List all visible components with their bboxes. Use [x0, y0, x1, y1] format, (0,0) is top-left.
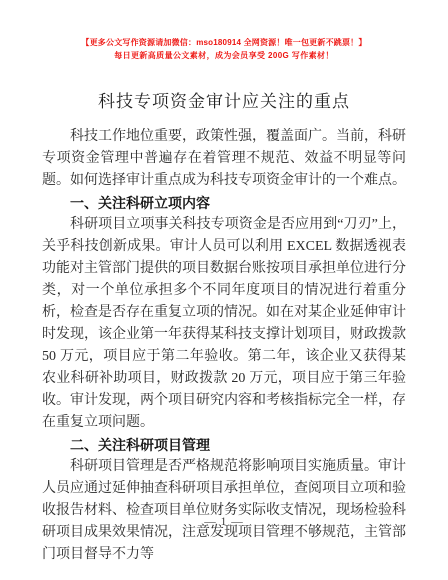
promo-banner-line-1: 【更多公文写作资源请加微信：mso180914 全网资源！唯一包更新不跳票！】 [0, 36, 448, 49]
section-heading: 二、关注科研项目管理 [42, 434, 406, 456]
document-body: 科技工作地位重要，政策性强，覆盖面广。当前，科研专项资金管理中普遍存在着管理不规… [42, 126, 406, 566]
document-page: 【更多公文写作资源请加微信：mso180914 全网资源！唯一包更新不跳票！】 … [0, 0, 448, 580]
body-paragraph: 科研项目立项事关科技专项资金是否应用到“刀刃”上，关乎科技创新成果。审计人员可以… [42, 214, 406, 434]
section-heading: 一、关注科研立项内容 [42, 192, 406, 214]
promo-banner-line-2: 每日更新高质量公文素材，成为会员享受 200G 写作素材！ [0, 49, 448, 62]
page-number: — 1 — [0, 516, 448, 528]
document-title: 科技专项资金审计应关注的重点 [0, 89, 448, 115]
body-paragraph: 科研项目管理是否严格规范将影响项目实施质量。审计人员应通过延伸抽查科研项目承担单… [42, 456, 406, 566]
promo-banner: 【更多公文写作资源请加微信：mso180914 全网资源！唯一包更新不跳票！】 … [0, 0, 448, 62]
body-paragraph: 科技工作地位重要，政策性强，覆盖面广。当前，科研专项资金管理中普遍存在着管理不规… [42, 126, 406, 192]
